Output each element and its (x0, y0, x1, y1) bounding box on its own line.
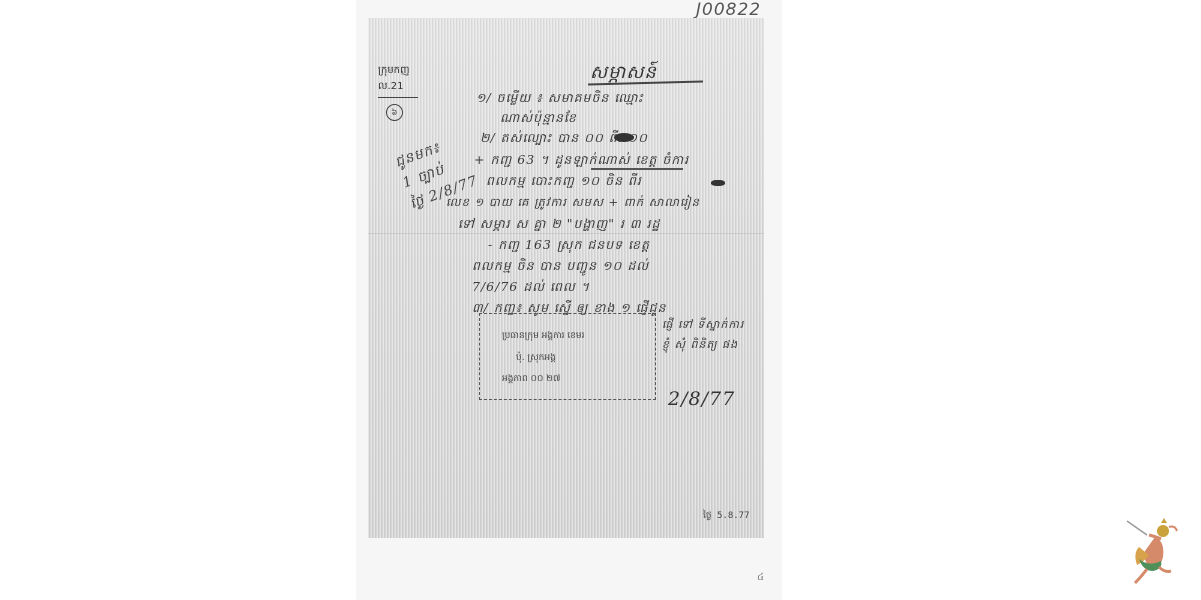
body-line: ពលកម្ម បោះកញ្ជ ១០ ចិន ពីរ (486, 173, 642, 192)
page-number: ៤ (757, 570, 764, 585)
body-line: 7/6/76 ដល់ ពេល ។ (472, 279, 590, 298)
text-underline (591, 168, 683, 170)
body-line: ផ្ញើ ទៅ ទីស្នាក់ការ (662, 318, 744, 334)
handwritten-date: 2/8/77 (668, 388, 735, 410)
body-line: ទៅ សម្ភារ ស គ្នា ២ "បង្ហាញ" រ ៣ រដ្ឋ (458, 216, 660, 235)
document-page: J00822 ក្រុមកញ ល.21 ៦ សម្ភាសន៍ ជូនមក៖ 1 … (356, 0, 782, 600)
body-line: ខ្ញុំ សុំ ពិនិត្យ ផង (662, 338, 738, 354)
body-line: ១/ ចម្លើយ ៖ សមាគមចិន ឈ្មោះ (476, 90, 644, 109)
stamp-line2: ប៉ុ. ស្រុកអង្គ (516, 352, 556, 365)
body-line: - កញ្ជ 163 ស្រុក ជនបទ ខេត្ត (488, 237, 650, 256)
ink-blot (711, 180, 725, 186)
body-line: ណាស់ប៉ុន្មានខែ (500, 110, 577, 129)
corner-label-line2: ល.21 (378, 79, 418, 95)
official-stamp: ប្រធានក្រុម អង្គការ ខេមរ ប៉ុ. ស្រុកអង្គ … (479, 313, 656, 400)
body-line: ពលកម្ម ចិន បាន បញ្ជូន ១០ ដល់ (472, 258, 649, 277)
corner-label: ក្រុមកញ ល.21 (378, 63, 418, 98)
stamp-line3: អង្គភាព ០០ ២៧ (502, 373, 560, 386)
corner-label-line1: ក្រុមកញ (378, 63, 418, 79)
date-stamp: ថ្ងៃ 5.8.77 (703, 510, 750, 523)
stamp-line1: ប្រធានក្រុម អង្គការ ខេមរ (502, 330, 585, 343)
corner-divider (378, 97, 418, 98)
circled-number: ៦ (386, 104, 403, 121)
scanned-sheet: ក្រុមកញ ល.21 ៦ សម្ភាសន៍ ជូនមក៖ 1 ច្បាប់ … (368, 18, 764, 538)
body-line: លេខ ១ បាយ គេ ត្រូវការ សមស + ពាក់ សាលារៀន (446, 195, 700, 212)
ink-blot (614, 133, 634, 142)
document-id: J00822 (696, 0, 761, 20)
hanuman-warrior-logo-icon (1125, 517, 1183, 587)
